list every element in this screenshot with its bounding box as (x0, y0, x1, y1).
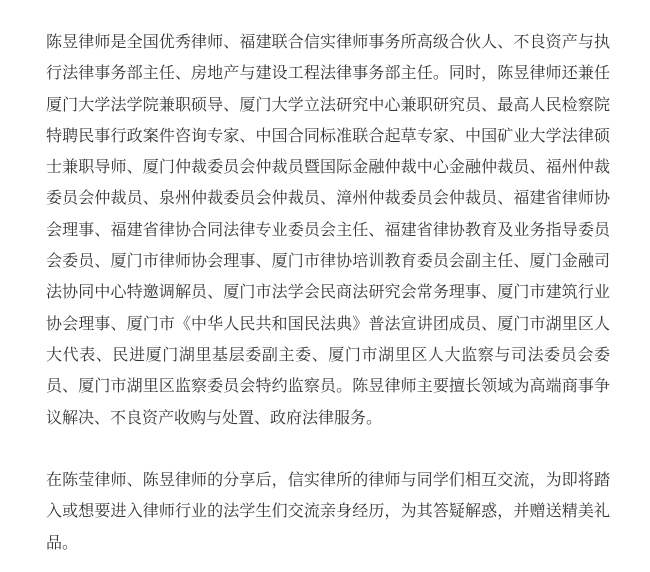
paragraph-lawyer-bio: 陈昱律师是全国优秀律师、福建联合信实律师事务所高级合伙人、不良资产与执行法律事务… (46, 26, 610, 433)
article-body: 陈昱律师是全国优秀律师、福建联合信实律师事务所高级合伙人、不良资产与执行法律事务… (46, 26, 610, 558)
paragraph-exchange-summary: 在陈莹律师、陈昱律师的分享后，信实律所的律师与同学们相互交流，为即将踏入或想要进… (46, 464, 610, 558)
